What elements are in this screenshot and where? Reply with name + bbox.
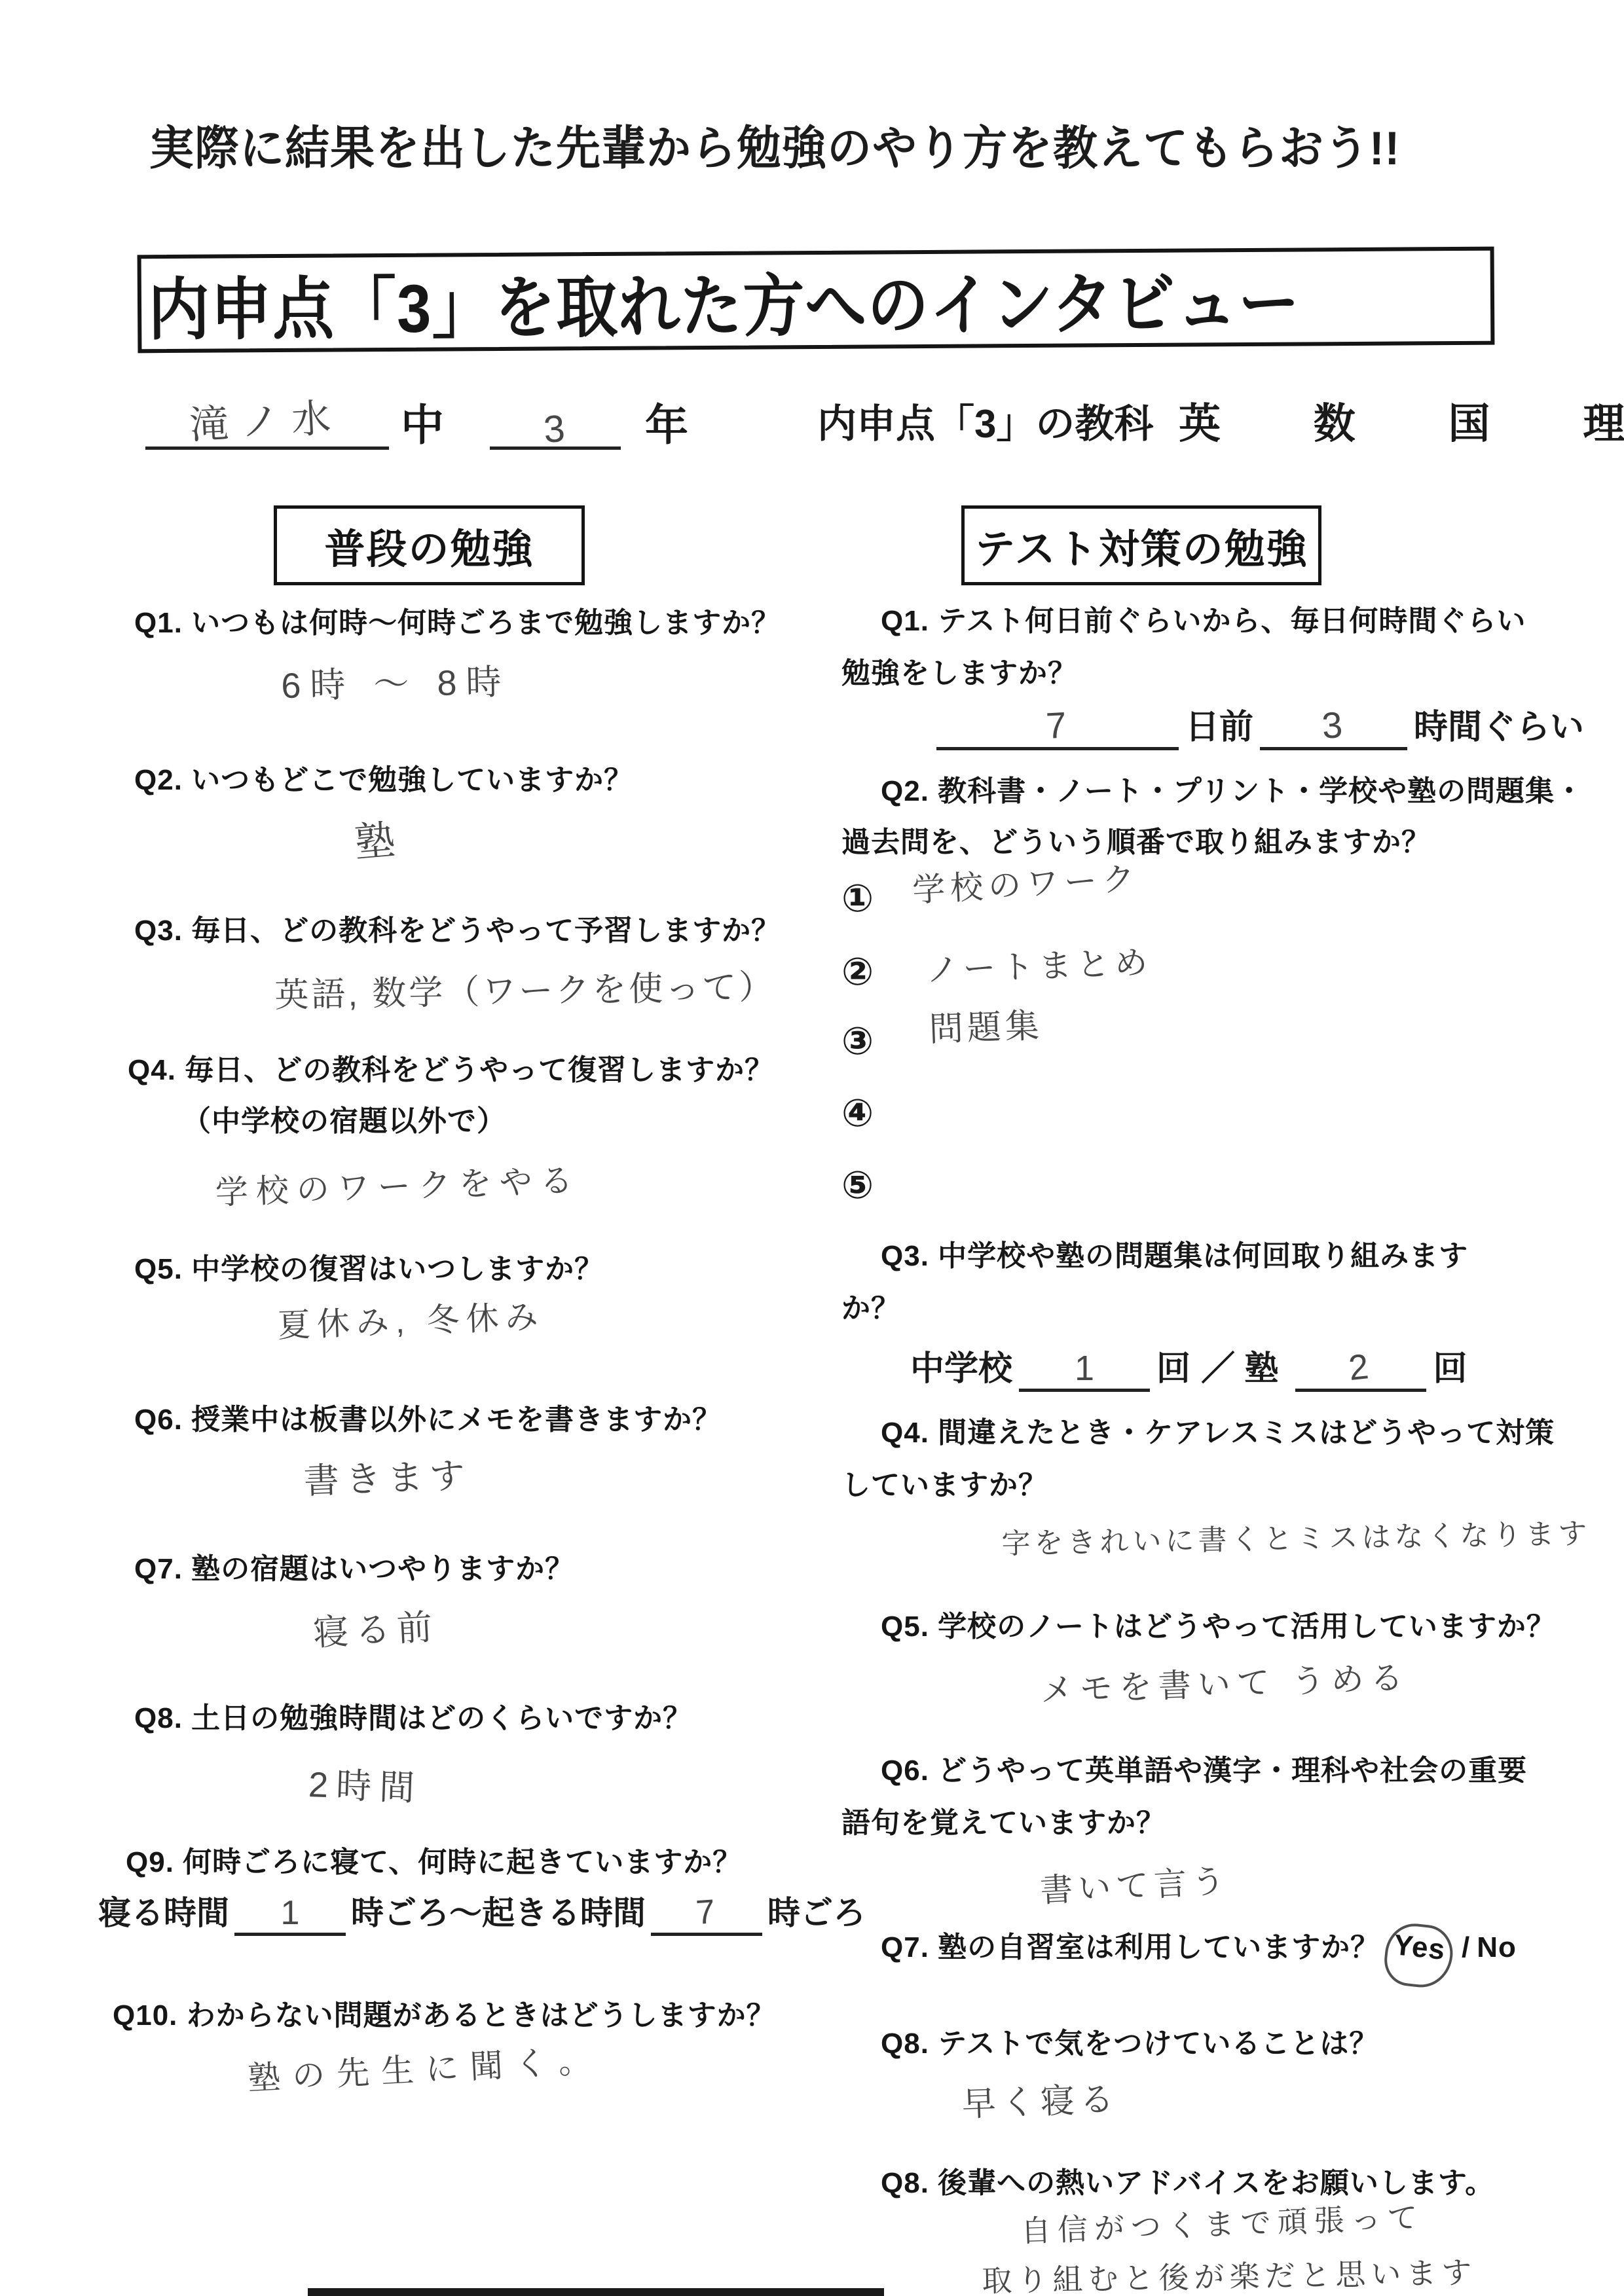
- left-q1-answer: 6時 ～ 8時: [281, 654, 511, 708]
- left-q4-note: （中学校の宿題以外で）: [182, 1097, 506, 1139]
- right-q9-answer-line2: 取り組むと後が楽だと思います: [982, 2249, 1477, 2296]
- school-name-handwritten: 滝ノ水: [188, 386, 344, 450]
- right-q2-item5-number: ⑤: [841, 1163, 874, 1207]
- right-q2-item1-number: ①: [841, 876, 874, 920]
- left-q2-answer: 塾: [352, 807, 397, 869]
- right-q3-text-line1: Q3. 中学校や塾の問題集は何回取り組みます: [881, 1232, 1468, 1274]
- left-q9-sleep-blank: 1: [234, 1886, 346, 1936]
- right-q3-juku-label: ／ 塾: [1201, 1341, 1278, 1390]
- right-column-header: テスト対策の勉強: [961, 505, 1321, 585]
- left-q9-sleep-value: 1: [281, 1893, 300, 1933]
- scanned-questionnaire-page: 実際に結果を出した先輩から勉強のやり方を教えてもらおう!! 内申点「3」を取れた…: [0, 0, 1624, 2296]
- right-q1-hours-blank: 3: [1260, 700, 1407, 750]
- right-q3-school-value: 1: [1075, 1348, 1094, 1389]
- right-q1-days-blank: 7: [936, 700, 1179, 750]
- right-q2-item3-answer: 問題集: [928, 998, 1044, 1051]
- scan-artifact-bar: [308, 2288, 884, 2296]
- left-q6-text: Q6. 授業中は板書以外にメモを書きますか？: [134, 1396, 722, 1438]
- yes-circle-mark: Yes: [1382, 1921, 1455, 1990]
- right-q3-juku-blank: 2: [1295, 1341, 1426, 1392]
- left-q7-text: Q7. 塾の宿題はいつやりますか？: [134, 1545, 574, 1587]
- grade-handwritten: 3: [542, 407, 566, 452]
- left-q4-text: Q4. 毎日、どの教科をどうやって復習しますか？: [128, 1046, 774, 1088]
- left-q2-text: Q2. いつもどこで勉強していますか？: [134, 756, 633, 798]
- right-q6-answer: 書いて言う: [1039, 1855, 1230, 1912]
- left-q8-answer: 2時間: [308, 1757, 424, 1811]
- right-q1-text-line1: Q1. テスト何日前ぐらいから、毎日何時間ぐらい: [881, 597, 1526, 639]
- right-q3-kai-label2: 回: [1433, 1341, 1467, 1390]
- left-q9-text: Q9. 何時ごろに寝て、何時に起きていますか？: [126, 1838, 742, 1880]
- left-q5-text: Q5. 中学校の復習はいつしますか？: [134, 1245, 604, 1287]
- page-title-box: 内申点「3」を取れた方へのインタビュー: [138, 247, 1495, 354]
- right-q9-answer-line1: 自信がつくまで頑張って: [1020, 2194, 1425, 2251]
- right-q1-hours-label: 時間ぐらい: [1414, 699, 1584, 748]
- page-tagline: 実際に結果を出した先輩から勉強のやり方を教えてもらおう!!: [149, 111, 1400, 178]
- right-q2-item4-number: ④: [841, 1091, 874, 1135]
- left-q9-wake-blank: 7: [651, 1886, 762, 1936]
- right-q2-item2-number: ②: [841, 949, 874, 994]
- right-q5-answer: メモを書いて うめる: [1039, 1651, 1410, 1711]
- left-q9-fill-line: 寝る時間 1 時ごろ～起きる時間 7 時ごろ: [98, 1886, 866, 1936]
- left-q9-label-wake: 時ごろ～起きる時間: [351, 1887, 646, 1934]
- right-q7-yes-option: Yes: [1392, 1929, 1447, 1966]
- right-q1-days-label: 日前: [1185, 699, 1253, 748]
- right-q5-text: Q5. 学校のノートはどうやって活用していますか？: [881, 1603, 1556, 1645]
- right-q1-hours-value: 3: [1320, 703, 1344, 747]
- right-q8-text: Q8. テストで気をつけていることは？: [881, 2020, 1378, 2062]
- left-q9-label-sleep: 寝る時間: [98, 1887, 229, 1934]
- right-q4-answer: 字をきれいに書くとミスはなくなります: [1001, 1510, 1591, 1562]
- right-q6-text-line2: 語句を覚えていますか？: [841, 1799, 1166, 1841]
- left-column-header: 普段の勉強: [274, 505, 585, 585]
- right-q3-school-label: 中学校: [910, 1341, 1012, 1390]
- right-q2-item3-number: ③: [841, 1019, 874, 1063]
- left-q10-text: Q10. わからない問題があるときはどうしますか？: [113, 1992, 776, 2033]
- grade-blank: 3: [490, 385, 621, 450]
- left-q8-text: Q8. 土日の勉強時間はどのくらいですか？: [134, 1694, 692, 1736]
- right-q2-text-line1: Q2. 教科書・ノート・プリント・学校や塾の問題集・: [881, 767, 1584, 809]
- left-q5-answer: 夏休み, 冬休み: [276, 1290, 545, 1347]
- right-q4-text-line1: Q4. 間違えたとき・ケアレスミスはどうやって対策: [881, 1409, 1555, 1451]
- right-q3-kai-label1: 回: [1156, 1341, 1190, 1390]
- right-q7-no-option: No: [1477, 1931, 1517, 1964]
- left-q4-answer: 学校のワークをやる: [214, 1154, 581, 1214]
- left-q6-answer: 書きます: [303, 1448, 472, 1504]
- right-q1-text-line2: 勉強をしますか？: [841, 649, 1077, 691]
- subjects-value: 英 数 国 理 社: [1179, 390, 1624, 450]
- left-q3-text: Q3. 毎日、どの教科をどうやって予習しますか？: [134, 907, 781, 949]
- right-q1-days-value: 7: [1045, 703, 1068, 747]
- left-q1-text: Q1. いつもは何時～何時ごろまで勉強しますか？: [134, 599, 781, 641]
- right-q7-slash: /: [1462, 1931, 1470, 1964]
- left-q10-answer: 塾の先生に聞く。: [246, 2034, 604, 2100]
- right-q4-text-line2: していますか？: [841, 1461, 1048, 1503]
- left-q7-answer: 寝る前: [312, 1599, 440, 1656]
- right-q1-fill-line: 7 日前 3 時間ぐらい: [936, 699, 1584, 750]
- right-q7-row: Q7. 塾の自習室は利用していますか？ Yes / No: [881, 1923, 1517, 1965]
- school-name-blank: 滝ノ水: [145, 385, 389, 450]
- school-suffix-label: 中: [401, 390, 444, 452]
- right-q2-item1-answer: 学校のワーク: [911, 852, 1141, 911]
- left-q9-wake-value: 7: [694, 1892, 716, 1933]
- right-q6-text-line1: Q6. どうやって英単語や漢字・理科や社会の重要: [881, 1747, 1527, 1789]
- subjects-label: 内申点「3」の教科: [817, 393, 1153, 449]
- left-q9-label-goro: 時ごろ: [767, 1887, 866, 1934]
- right-q3-text-line2: か？: [841, 1285, 900, 1326]
- right-q8-answer: 早く寝る: [961, 2071, 1119, 2126]
- grade-suffix-label: 年: [645, 390, 688, 452]
- page-title: 内申点「3」を取れた方へのインタビュー: [141, 248, 1301, 352]
- right-q2-item2-answer: ノートまとめ: [925, 936, 1153, 991]
- right-q3-fill-line: 中学校 1 回 ／ 塾 2 回: [910, 1341, 1467, 1392]
- right-q3-juku-value: 2: [1347, 1346, 1371, 1389]
- left-q3-answer: 英語, 数学（ワークを使って）: [274, 959, 776, 1017]
- right-q3-school-blank: 1: [1019, 1341, 1150, 1392]
- right-q7-text: Q7. 塾の自習室は利用していますか？: [881, 1923, 1380, 1965]
